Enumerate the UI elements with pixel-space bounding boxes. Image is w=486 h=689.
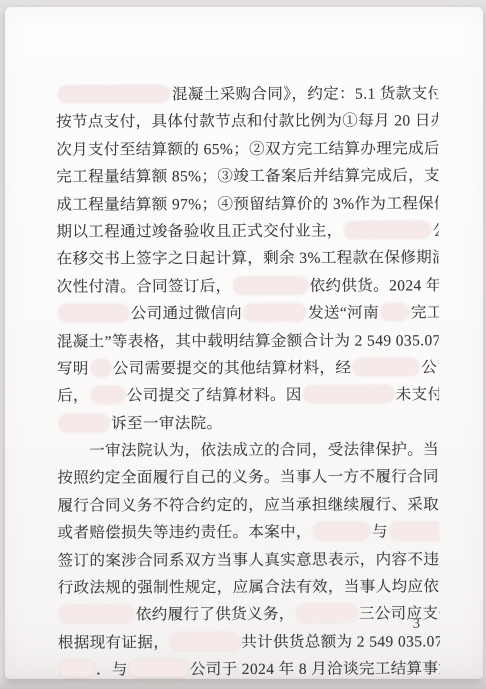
text-segment: 完工程量结算额 85%；③竣工备案后并结算完成后，支付至已完 <box>56 167 438 186</box>
text-segment: 公司提交了结算材料。因 <box>127 387 302 405</box>
document-line: 成工程量结算额 97%；④预留结算价的 3%作为工程保修金。保修 <box>56 190 438 219</box>
document-line: 完工程量结算额 85%；③竣工备案后并结算完成后，支付至已完 <box>56 163 438 192</box>
redaction-box <box>381 304 409 321</box>
redaction-box <box>171 633 239 650</box>
redaction-box <box>91 387 125 404</box>
text-segment: 后， <box>57 388 89 405</box>
document-line: 写明公司需要提交的其他结算材料，经公司确认 <box>57 354 439 383</box>
text-segment: 与 <box>372 524 388 541</box>
text-segment: 履行合同义务不符合约定的，应当承担继续履行、采取补救措施 <box>57 496 439 515</box>
text-segment: 混凝土”等表格，其中载明结算金额合计为 2 549 035.07 元，并 <box>57 332 439 351</box>
text-segment: 公司确认 <box>421 359 439 376</box>
document-line: 按照约定全面履行自己的义务。当事人一方不履行合同义务或者 <box>57 464 439 493</box>
text-segment: 在移交书上签字之日起计算，剩余 3%工程款在保修期满二年后一 <box>57 249 439 268</box>
redaction-box <box>58 85 170 102</box>
document-line: 期以工程通过竣备验收且正式交付业主，公司与业主 <box>56 217 438 246</box>
redaction-box <box>297 605 357 622</box>
document-line: 次月支付至结算额的 65%；②双方完工结算办理完成后支付至已 <box>56 135 438 164</box>
document-line: 签订的案涉合同系双方当事人真实意思表示，内容不违反法律、 <box>58 546 440 575</box>
document-line: 一审法院认为，依法成立的合同，受法律保护。当事人应当 <box>57 436 439 465</box>
document-line: 诉至一审法院。 <box>57 409 439 438</box>
text-segment: 次月支付至结算额的 65%；②双方完工结算办理完成后支付至已 <box>56 140 438 159</box>
redaction-box <box>244 304 306 321</box>
page-number: 3 <box>413 616 420 633</box>
text-segment: 三公司应支付相应货款。 <box>359 605 440 623</box>
document-line: 后，公司提交了结算材料。因未支付货款， <box>57 382 439 411</box>
redaction-box <box>353 358 419 375</box>
text-segment: 成工程量结算额 97%；④预留结算价的 3%作为工程保修金。保修 <box>56 195 438 214</box>
text-segment: 按节点支付，具体付款节点和付款比例为①每月 20 日办理月结， <box>56 112 438 131</box>
text-segment: 依约履行了供货义务， <box>136 606 295 624</box>
text-segment: 按照约定全面履行自己的义务。当事人一方不履行合同义务或者 <box>57 469 439 488</box>
document-line: 混凝土”等表格，其中载明结算金额合计为 2 549 035.07 元，并 <box>57 327 439 356</box>
text-segment: 公司需要提交的其他结算材料，经 <box>113 360 352 378</box>
redaction-box <box>91 359 111 376</box>
text-segment: 混凝土采购合同》，约定：5.1 货款支付：（2） <box>172 85 438 103</box>
document-line: 次性付清。合同签订后，依约供货。2024 年 8 月 6 日， <box>57 272 439 301</box>
text-segment: 或者赔偿损失等违约责任。本案中， <box>57 524 311 542</box>
redaction-box <box>390 522 440 539</box>
redaction-box <box>59 414 109 431</box>
redaction-box <box>60 606 134 623</box>
text-segment: 写明 <box>57 360 89 377</box>
text-segment: 共计供货总额为 2 549 035.07 元。 <box>241 633 440 651</box>
text-segment: 公司与业主 <box>433 222 439 239</box>
redaction-box <box>345 221 431 238</box>
text-segment: 完工结算单- <box>411 304 439 321</box>
photo-bottom-shadow <box>0 675 486 689</box>
text-segment: 公司通过微信向 <box>131 305 242 322</box>
paper-page: 混凝土采购合同》，约定：5.1 货款支付：（2）按节点支付，具体付款节点和付款比… <box>5 7 483 679</box>
text-segment: 发送“河南 <box>308 305 379 322</box>
text-segment: 次性付清。合同签订后， <box>57 278 232 296</box>
document-line: 依约履行了供货义务，三公司应支付相应货款。 <box>58 601 440 630</box>
redaction-box <box>234 277 308 294</box>
document-line: 按节点支付，具体付款节点和付款比例为①每月 20 日办理月结， <box>56 108 438 137</box>
redaction-box <box>304 386 394 403</box>
document-line: 或者赔偿损失等违约责任。本案中，与公司 <box>57 519 439 548</box>
document-body-text: 混凝土采购合同》，约定：5.1 货款支付：（2）按节点支付，具体付款节点和付款比… <box>56 80 440 684</box>
document-line: 混凝土采购合同》，约定：5.1 货款支付：（2） <box>56 80 438 109</box>
document-photo: 混凝土采购合同》，约定：5.1 货款支付：（2）按节点支付，具体付款节点和付款比… <box>0 0 486 689</box>
text-segment: 未支付货款， <box>396 386 439 403</box>
text-segment: 期以工程通过竣备验收且正式交付业主， <box>56 223 342 241</box>
redaction-box <box>59 305 129 322</box>
redaction-box <box>314 523 370 540</box>
text-segment: 依约供货。2024 年 8 月 6 日， <box>310 277 439 295</box>
document-line: 行政法规的强制性规定，应属合法有效，当事人均应依约履行。 <box>58 573 440 602</box>
text-segment: 行政法规的强制性规定，应属合法有效，当事人均应依约履行。 <box>58 578 440 597</box>
document-line: 根据现有证据，共计供货总额为 2 549 035.07 元。 <box>58 628 440 657</box>
text-segment: 一审法院认为，依法成立的合同，受法律保护。当事人应当 <box>89 441 439 459</box>
document-line: 公司通过微信向发送“河南完工结算单- <box>57 299 439 328</box>
document-line: 履行合同义务不符合约定的，应当承担继续履行、采取补救措施 <box>57 491 439 520</box>
text-segment: 签订的案涉合同系双方当事人真实意思表示，内容不违反法律、 <box>58 551 440 570</box>
text-segment: 根据现有证据， <box>58 634 169 651</box>
document-line: 在移交书上签字之日起计算，剩余 3%工程款在保修期满二年后一 <box>57 245 439 274</box>
text-segment: 诉至一审法院。 <box>111 415 222 432</box>
